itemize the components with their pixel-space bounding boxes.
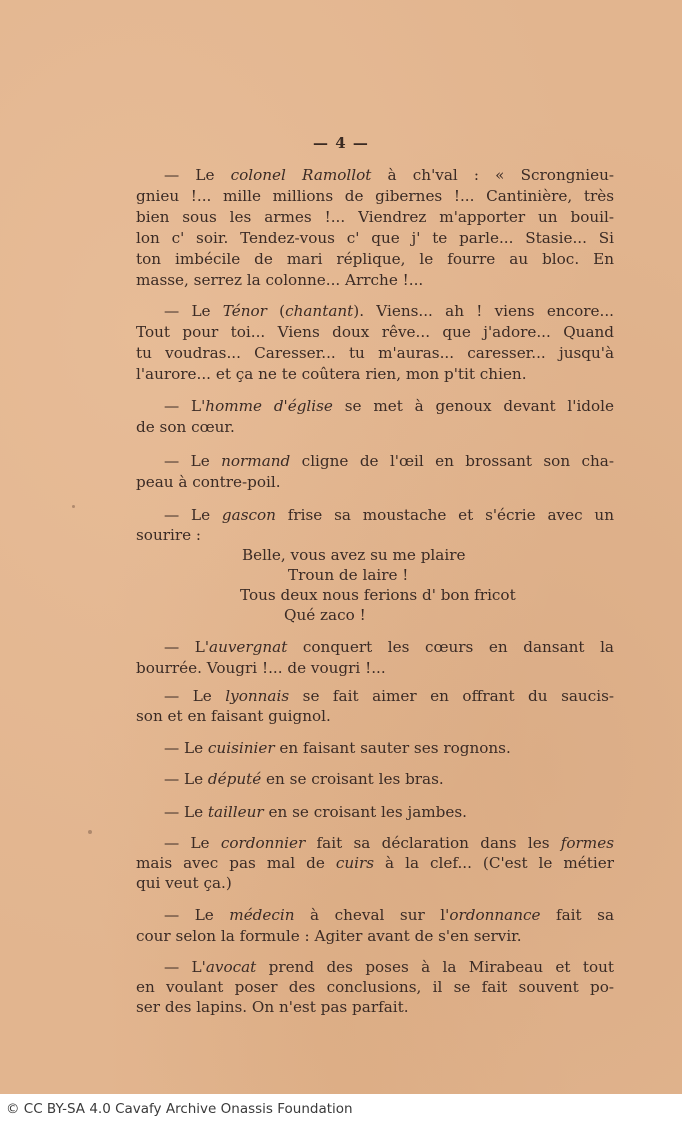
text-line: — Le colonel Ramollot à ch'val : « Scron…: [164, 165, 614, 185]
text-line: — Le gascon frise sa moustache et s'écri…: [164, 505, 614, 525]
text-line: — L'avocat prend des poses à la Mirabeau…: [164, 957, 614, 977]
text-line: — Le député en se croisant les bras.: [164, 769, 614, 789]
text-line: — L'homme d'église se met à genoux devan…: [164, 396, 614, 416]
text-line: ser des lapins. On n'est pas parfait.: [136, 997, 614, 1017]
text-line: mais avec pas mal de cuirs à la clef... …: [136, 853, 614, 873]
text-line: — L'auvergnat conquert les cœurs en dans…: [164, 637, 614, 657]
text-line: — Le médecin à cheval sur l'ordonnance f…: [164, 905, 614, 925]
verse-line: Qué zaco !: [284, 605, 366, 625]
text-line: gnieu !... mille millions de gibernes !.…: [136, 186, 614, 206]
text-line: — Le normand cligne de l'œil en brossant…: [164, 451, 614, 471]
text-line: Tout pour toi... Viens doux rêve... que …: [136, 322, 614, 342]
text-line: bourrée. Vougri !... de vougri !...: [136, 658, 614, 678]
verse-line: Tous deux nous ferions d' bon fricot: [240, 585, 516, 605]
copyright-credit: © CC BY-SA 4.0 Cavafy Archive Onassis Fo…: [6, 1101, 353, 1117]
text-line: qui veut ça.): [136, 873, 614, 893]
text-line: — Le tailleur en se croisant les jambes.: [164, 802, 614, 822]
text-line: peau à contre-poil.: [136, 472, 614, 492]
page-number: — 4 —: [0, 134, 682, 152]
scanned-page: — 4 — — Le colonel Ramollot à ch'val : «…: [0, 0, 682, 1094]
text-line: ton imbécile de mari réplique, le fourre…: [136, 249, 614, 269]
text-line: de son cœur.: [136, 417, 614, 437]
verse-line: Troun de laire !: [288, 565, 408, 585]
text-line: en voulant poser des conclusions, il se …: [136, 977, 614, 997]
text-line: son et en faisant guignol.: [136, 706, 614, 726]
text-line: cour selon la formule : Agiter avant de …: [136, 926, 614, 946]
text-line: — Le cordonnier fait sa déclaration dans…: [164, 833, 614, 853]
verse-line: Belle, vous avez su me plaire: [242, 545, 465, 565]
text-line: l'aurore... et ça ne te coûtera rien, mo…: [136, 364, 614, 384]
text-line: bien sous les armes !... Viendrez m'appo…: [136, 207, 614, 227]
text-line: — Le cuisinier en faisant sauter ses rog…: [164, 738, 614, 758]
text-line: lon c' soir. Tendez-vous c' que j' te pa…: [136, 228, 614, 248]
text-line: sourire :: [136, 525, 614, 545]
paper-speck: [72, 505, 75, 508]
text-line: — Le Ténor (chantant). Viens... ah ! vie…: [164, 301, 614, 321]
paper-speck: [88, 830, 92, 834]
text-line: masse, serrez la colonne... Arrche !...: [136, 270, 614, 290]
text-line: — Le lyonnais se fait aimer en offrant d…: [164, 686, 614, 706]
text-line: tu voudras... Caresser... tu m'auras... …: [136, 343, 614, 363]
